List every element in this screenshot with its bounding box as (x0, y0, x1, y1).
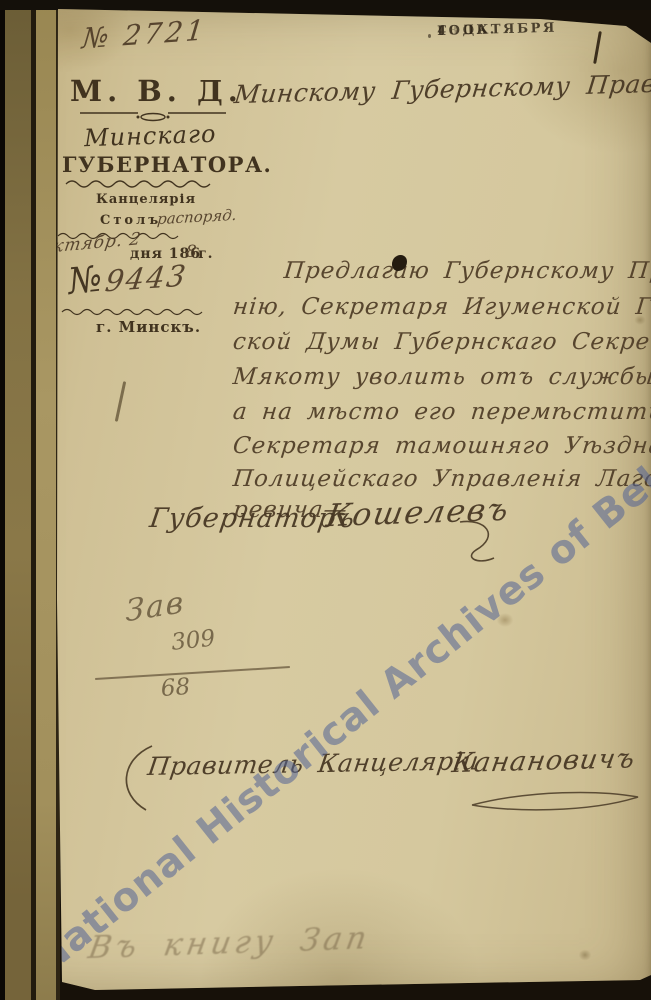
body-line: нію, Секретаря Игуменской Город- (232, 294, 651, 320)
stamp-word-year: ГОДА. (437, 22, 497, 39)
body-line: Предлагаю Губернскому Правле (283, 258, 651, 284)
clerk-signature-swash (468, 788, 646, 816)
binding-strip-outer (5, 0, 31, 1000)
document-page: № 2721 4 ОКТЯБРЯ 18 ГОДА. М. В. Д. Минск… (0, 0, 651, 1000)
top-shadow (0, 0, 651, 10)
archival-scan: № 2721 4 ОКТЯБРЯ 18 ГОДА. М. В. Д. Минск… (0, 0, 651, 1000)
body-line: ской Думы Губернскаго Секретаря (232, 329, 651, 355)
desk-value-handwritten: распоряд. (156, 206, 237, 228)
pen-stroke-mark (593, 31, 602, 64)
body-line: а на мѣсто его перемѣстить (232, 399, 651, 425)
body-line: Секретаря тамошняго Уѣзднаго (232, 433, 651, 459)
binding-strip-inner (36, 0, 57, 1000)
pencil-stroke-mark (115, 381, 126, 422)
body-line: Мякоту уволить отъ службы, (232, 364, 651, 390)
stamp-dot (428, 34, 431, 38)
date-suffix: г. (198, 246, 213, 262)
wavy-divider-1 (64, 178, 214, 188)
registry-denominator: 68 (160, 674, 191, 702)
registry-word: Зав (125, 585, 185, 630)
number-sign: № (66, 258, 104, 302)
body-line: Полицейскаго Управленія Лаго (232, 466, 651, 492)
wavy-divider-3 (60, 306, 210, 316)
letterhead-governor: ГУБЕРНАТОРА. (62, 152, 272, 177)
letterhead-ministry: М. В. Д. (70, 74, 243, 108)
addressee-line: Минскому Губернскому Правленію (233, 67, 651, 109)
desk-label: Столъ (100, 213, 161, 228)
governor-signature-flourish (452, 518, 512, 568)
outgoing-number-handwritten: 9443 (103, 258, 189, 298)
document-number: № 2721 (80, 13, 208, 55)
registry-fraction-line (95, 666, 290, 680)
letterhead-minskago: Минскаго (84, 120, 217, 153)
registry-numerator: 309 (170, 625, 216, 655)
city-label: г. Минскъ. (96, 318, 201, 336)
office-label: Канцелярія (96, 192, 196, 207)
clerk-signature: Канановичъ (450, 743, 638, 779)
pencil-note: Въ книгу Зап (86, 920, 374, 966)
